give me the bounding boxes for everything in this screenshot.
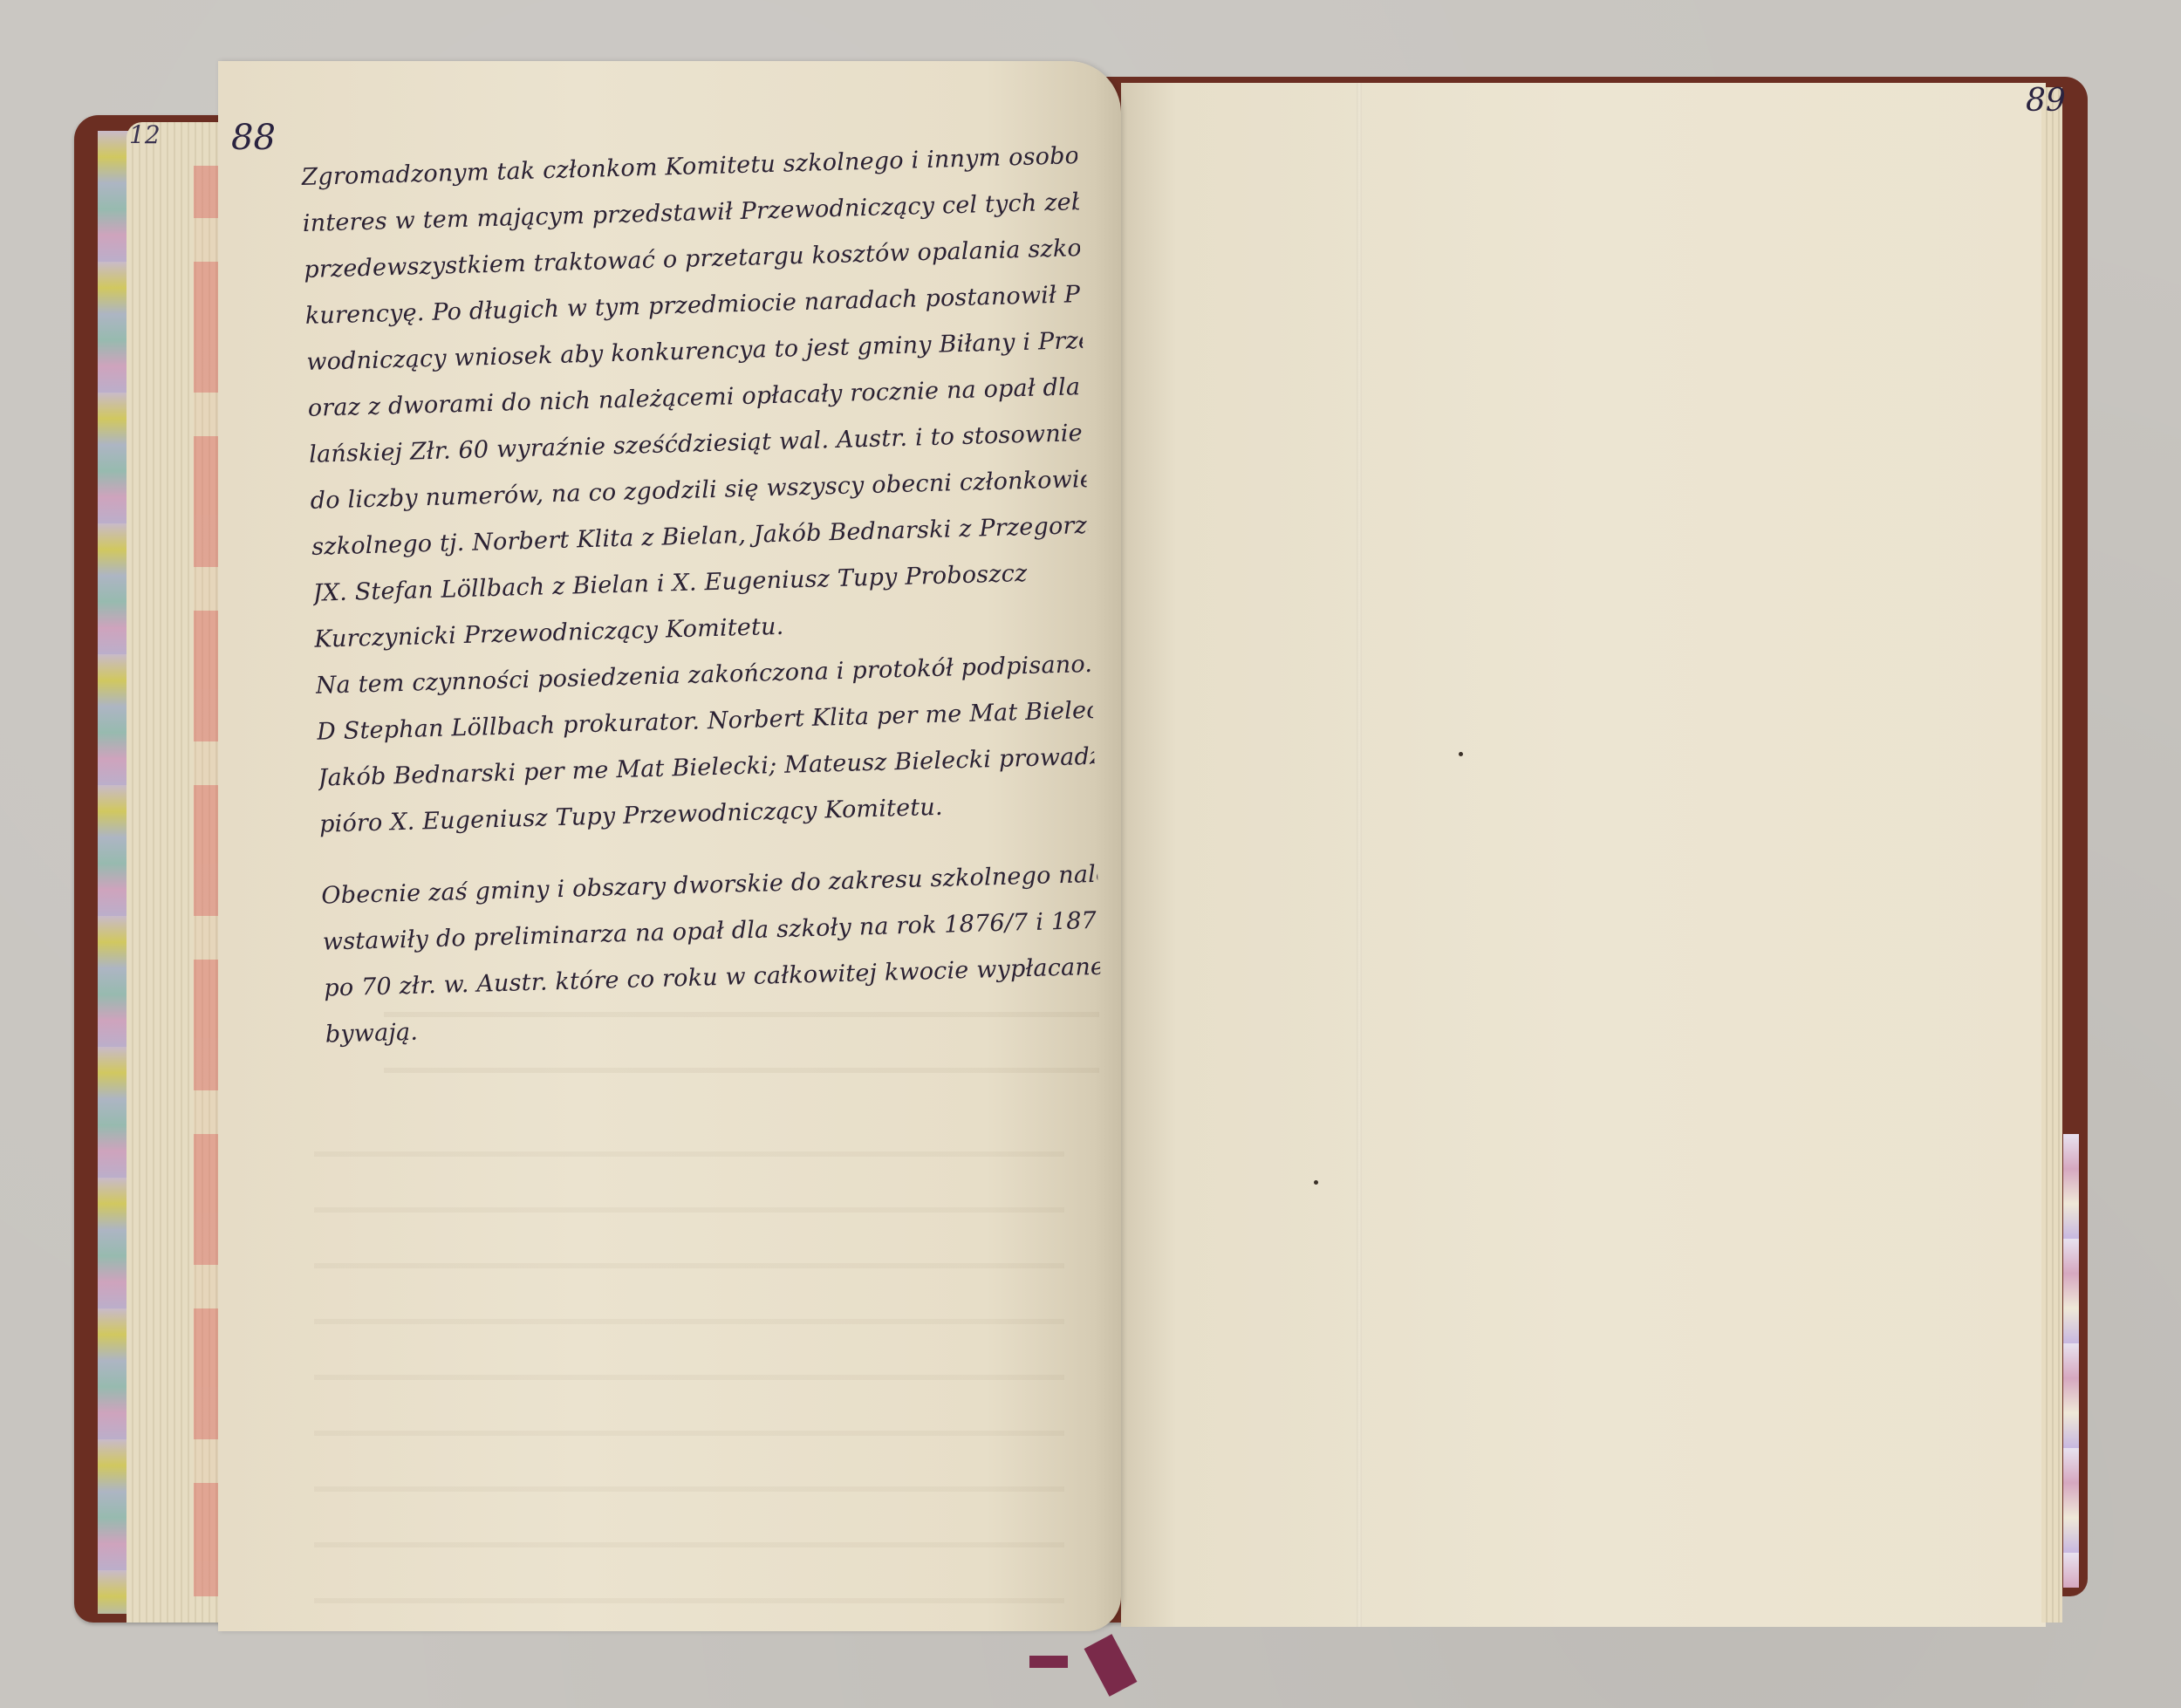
red-margin-stain [194, 166, 220, 1596]
right-page-number: 89 [2026, 83, 2066, 119]
handwritten-entry: Zgromadzonym tak członkom Komitetu szkol… [301, 142, 1103, 1067]
bleed-through-text [314, 1117, 1064, 1605]
marbled-endpaper-right [2063, 1134, 2079, 1588]
bookmark-ribbon[interactable] [1029, 1656, 1068, 1668]
page-stack-right [2041, 87, 2062, 1623]
page-fold-line [1357, 83, 1362, 1627]
folio-mark: 12 [129, 120, 161, 149]
paper-speck [1459, 752, 1463, 756]
right-page[interactable] [1121, 83, 2046, 1627]
paper-speck [1314, 1180, 1318, 1185]
left-page-number: 88 [231, 118, 276, 158]
